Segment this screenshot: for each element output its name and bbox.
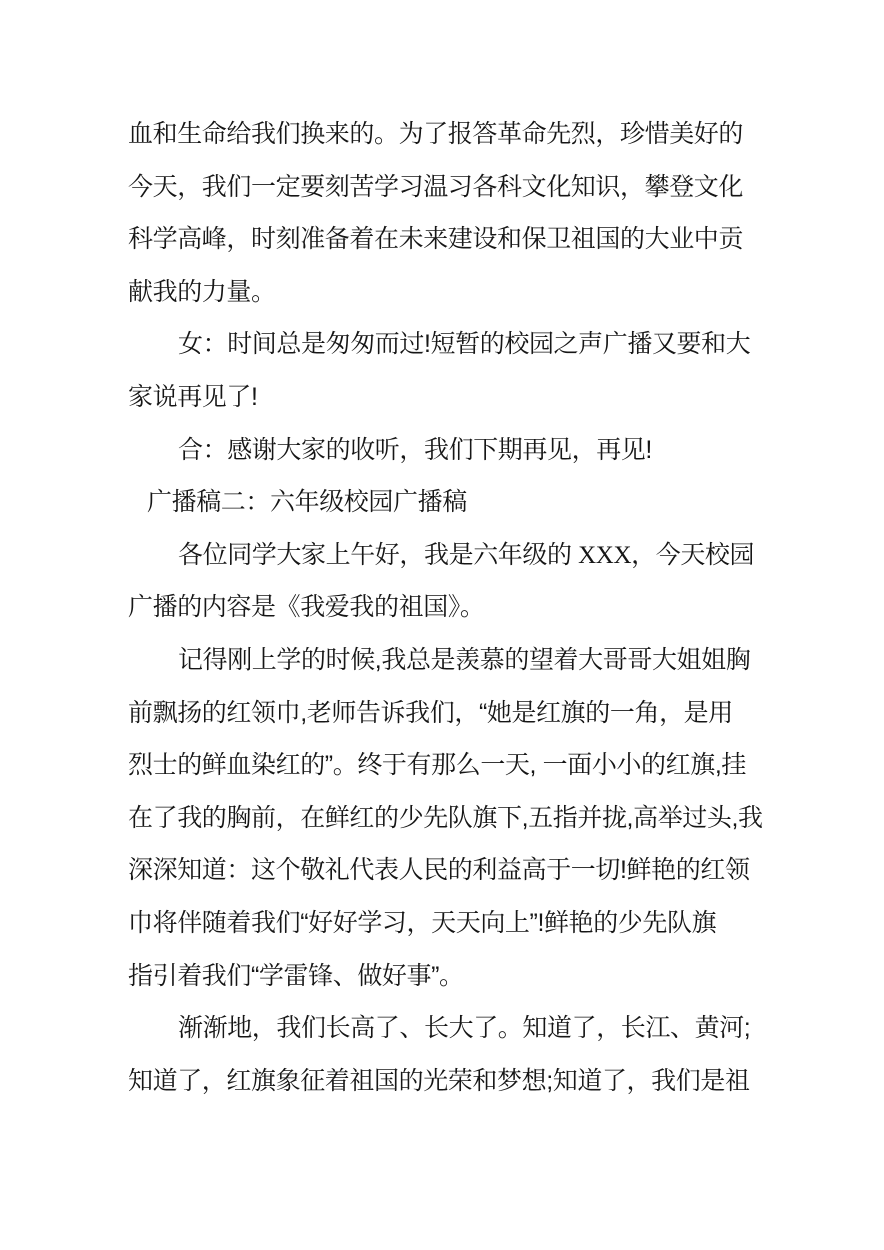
text-line-9-after: ，今天校园 bbox=[631, 541, 754, 569]
text-line-7: 合：感谢大家的收听，我们下期再见，再见! bbox=[128, 424, 768, 477]
document-page: 血和生命给我们换来的。为了报答革命先烈，珍惜美好的 今天，我们一定要刻苦学习温习… bbox=[128, 108, 768, 1107]
text-line-17: 指引着我们“学雷锋、做好事”。 bbox=[128, 950, 768, 1003]
text-line-12: 前飘扬的红领巾,老师告诉我们，“她是红旗的一角，是用 bbox=[128, 687, 768, 740]
text-line-6: 家说再见了! bbox=[128, 371, 768, 424]
text-line-15: 深深知道：这个敬礼代表人民的利益高于一切!鲜艳的红领 bbox=[128, 844, 768, 897]
text-line-9-latin-placeholder: XXX bbox=[578, 542, 631, 569]
text-line-14: 在了我的胸前，在鲜红的少先队旗下,五指并拢,高举过头,我 bbox=[128, 792, 768, 845]
text-line-2: 今天，我们一定要刻苦学习温习各科文化知识，攀登文化 bbox=[128, 161, 768, 214]
text-line-16: 巾将伴随着我们“好好学习，天天向上”!鲜艳的少先队旗 bbox=[128, 897, 768, 950]
text-line-3: 科学高峰，时刻准备着在未来建设和保卫祖国的大业中贡 bbox=[128, 213, 768, 266]
text-line-19: 知道了，红旗象征着祖国的光荣和梦想;知道了，我们是祖 bbox=[128, 1055, 768, 1108]
text-line-11: 记得刚上学的时候,我总是羡慕的望着大哥哥大姐姐胸 bbox=[128, 634, 768, 687]
text-line-18: 渐渐地，我们长高了、长大了。知道了，长江、黄河; bbox=[128, 1002, 768, 1055]
text-line-1: 血和生命给我们换来的。为了报答革命先烈，珍惜美好的 bbox=[128, 108, 768, 161]
text-line-9: 各位同学大家上午好，我是六年级的 XXX，今天校园 bbox=[128, 529, 768, 582]
text-line-13: 烈士的鲜血染红的”。终于有那么一天, 一面小小的红旗,挂 bbox=[128, 739, 768, 792]
text-line-9-before: 各位同学大家上午好，我是六年级的 bbox=[178, 541, 578, 569]
text-line-4: 献我的力量。 bbox=[128, 266, 768, 319]
text-line-5: 女：时间总是匆匆而过!短暂的校园之声广播又要和大 bbox=[128, 318, 768, 371]
section-heading: 广播稿二：六年级校园广播稿 bbox=[128, 476, 768, 529]
text-line-10: 广播的内容是《我爱我的祖国》。 bbox=[128, 581, 768, 634]
